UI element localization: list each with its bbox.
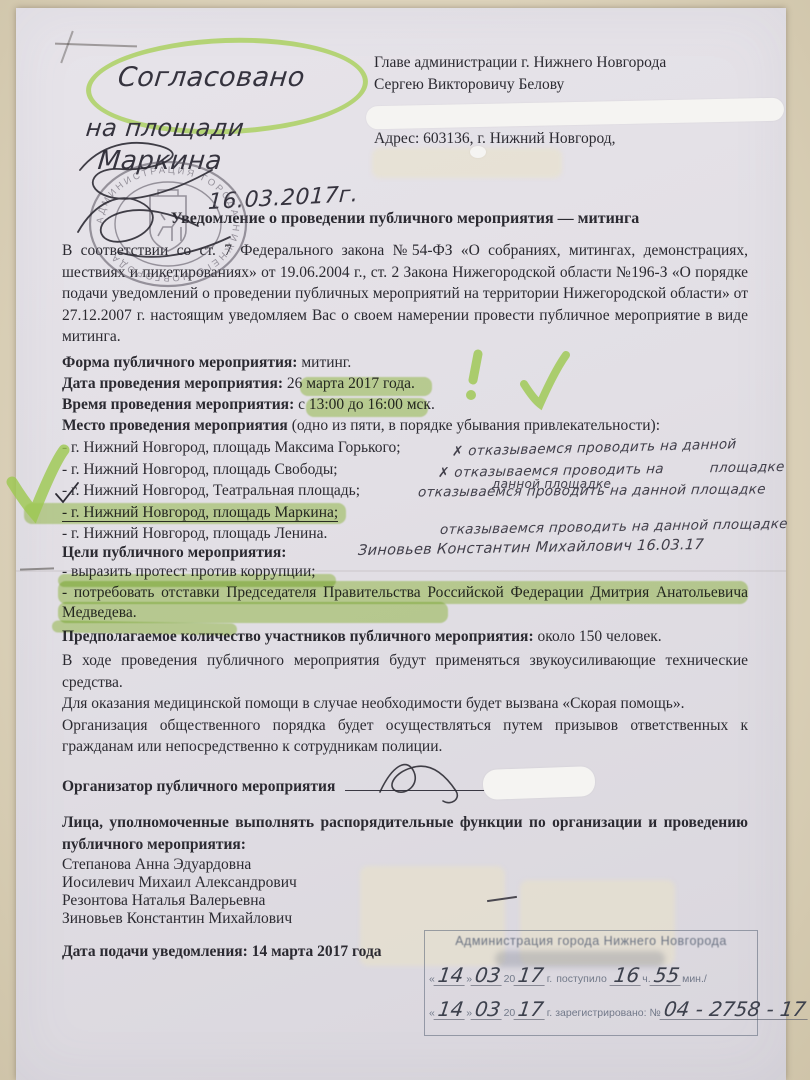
field-place-note: (одно из пяти, в порядке убывания привле… (288, 417, 660, 434)
highlight-goal2-line1 (58, 581, 748, 604)
field-form: Форма публичного мероприятия: митинг. (62, 352, 748, 373)
stamp-day: 14 (433, 965, 467, 986)
stamp-minute: 55 (649, 965, 683, 986)
person-name: Степанова Анна Эдуардовна (62, 856, 297, 874)
handwritten-place-line1: на площади (85, 114, 246, 142)
stamp-crown (158, 190, 178, 196)
stamp-row-registered: « 14 » 03 20 17 г. зарегистрировано: № 0… (429, 999, 753, 1020)
paragraph: Для оказания медицинской помощи в случае… (62, 693, 748, 715)
stamp-registration-number: 04 - 2758 - 17 (659, 999, 810, 1020)
pen-stroke (60, 31, 74, 64)
submission-value: 14 марта 2017 года (248, 943, 382, 960)
field-date-label: Дата проведения мероприятия: (62, 375, 283, 392)
person-name: Иосилевич Михаил Александрович (62, 874, 297, 892)
stamp-g: г. (547, 973, 552, 985)
handwritten-approved: Согласовано (116, 62, 306, 93)
annotation-teatralnaya: отказываемся проводить на данной площадк… (417, 481, 766, 500)
field-time-label: Время проведения мероприятия: (62, 396, 294, 413)
paragraph: Организация общественного порядка будет … (62, 715, 748, 758)
stamp-g: г. (547, 1007, 552, 1019)
highlight-time (306, 398, 428, 417)
body-paragraphs: В ходе проведения публичного мероприятия… (62, 650, 748, 758)
person-name: Резонтова Наталья Валерьевна (62, 892, 297, 910)
stamp-hour: 16 (609, 965, 643, 986)
fold-crease (16, 570, 786, 572)
field-place-label: Место проведения мероприятия (62, 417, 288, 434)
photo-of-document: Главе администрации г. Нижнего Новгорода… (0, 0, 810, 1080)
stamp-header: Администрация города Нижнего Новгорода (425, 931, 757, 948)
stamp-minute-label: мин./ (682, 973, 707, 985)
stamp-received-label: поступило (556, 973, 607, 985)
highlight-goal2-line2 (58, 602, 448, 623)
field-place: Место проведения мероприятия (одно из пя… (62, 415, 748, 436)
submission-date-line: Дата подачи уведомления: 14 марта 2017 г… (62, 941, 382, 963)
registration-stamp: Администрация города Нижнего Новгорода «… (424, 930, 758, 1036)
recipient-line2: Сергею Викторовичу Белову (374, 74, 564, 96)
signature-underline (345, 776, 495, 791)
highlight-markina-row (24, 503, 346, 524)
authorized-label: Лица, уполномоченные выполнять распоряди… (62, 812, 748, 855)
stamp-registered-label: зарегистрировано: (555, 1007, 646, 1019)
stamp-month: 03 (471, 965, 505, 986)
goals-label: Цели публичного мероприятия: (62, 542, 286, 564)
field-form-value: митинг. (297, 354, 351, 371)
person-name: Зиновьев Константин Михайлович (62, 910, 297, 928)
submission-label: Дата подачи уведомления: (62, 943, 248, 960)
whiteout-bar (366, 98, 784, 130)
intro-paragraph: В соответствии со ст. 7 Федерального зак… (62, 240, 748, 348)
document-title: Уведомление о проведении публичного меро… (62, 208, 748, 230)
whiteout-patch-organizer (483, 766, 596, 800)
stamp-row-received: « 14 » 03 20 17 г. поступило 16 ч. 55 ми… (429, 965, 753, 986)
recipient-address: Адрес: 603136, г. Нижний Новгород, (374, 128, 616, 150)
paragraph: В ходе проведения публичного мероприятия… (62, 650, 748, 693)
whiteout-dot (470, 146, 486, 158)
highlight-date (300, 377, 432, 396)
handwritten-place-line2: Маркина (96, 146, 223, 176)
tape-smudge (372, 148, 562, 178)
participants-value: около 150 человек. (534, 628, 662, 645)
stamp-month: 03 (471, 999, 505, 1020)
organizer-line: Организатор публичного мероприятия (62, 776, 495, 798)
document-content: Главе администрации г. Нижнего Новгорода… (0, 0, 810, 1080)
authorized-names: Степанова Анна Эдуардовна Иосилевич Миха… (62, 856, 297, 928)
stamp-year: 17 (514, 965, 548, 986)
stamp-year: 17 (514, 999, 548, 1020)
stamp-day: 14 (433, 999, 467, 1020)
recipient-line1: Главе администрации г. Нижнего Новгорода (374, 52, 666, 74)
field-form-label: Форма публичного мероприятия: (62, 354, 297, 371)
organizer-label: Организатор публичного мероприятия (62, 778, 335, 795)
